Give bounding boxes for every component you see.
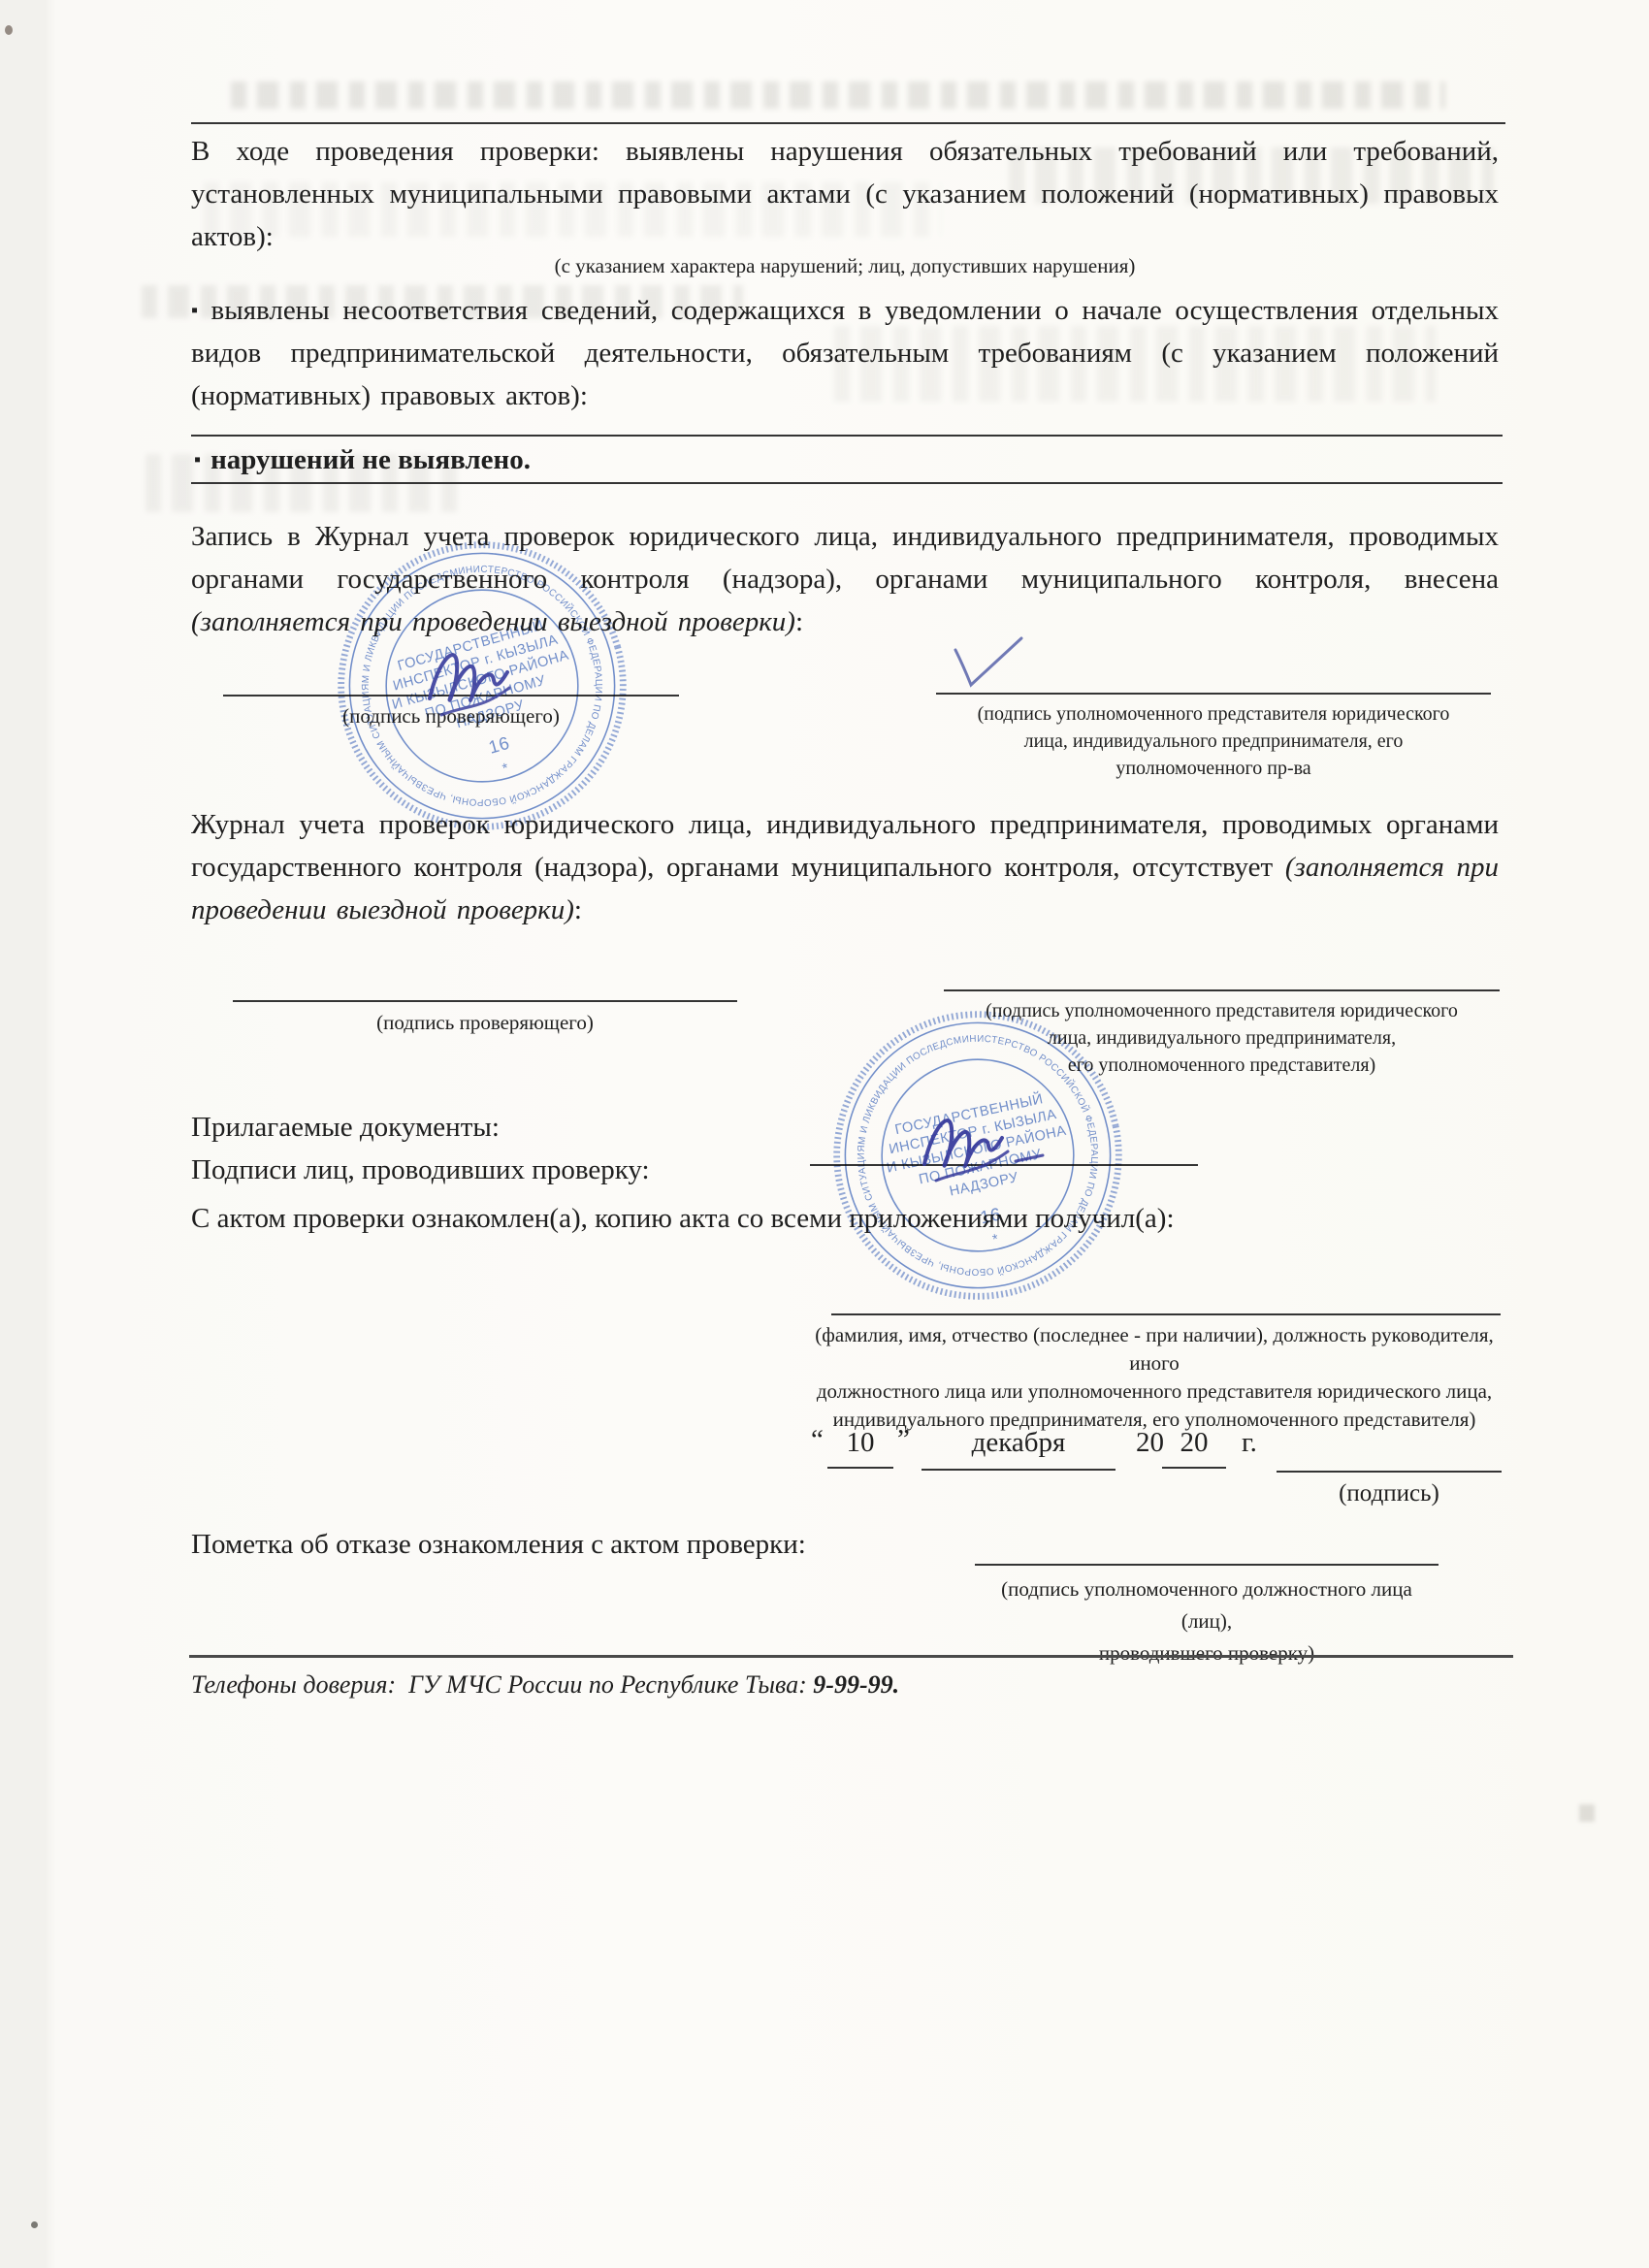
bleedthrough-ghost bbox=[231, 81, 1445, 109]
trust-phones-footer: Телефоны доверия: ГУ МЧС России по Респу… bbox=[191, 1670, 1499, 1700]
caption-line: (подпись уполномоченного представителя ю… bbox=[936, 700, 1491, 728]
representative-signature-line-2 bbox=[944, 989, 1500, 991]
stamp-number: 16 bbox=[486, 732, 511, 758]
signature-flourish bbox=[936, 1151, 1043, 1181]
caption-line: уполномоченного пр-ва bbox=[936, 755, 1491, 782]
square-bullet-icon: ▪ bbox=[191, 300, 202, 321]
scan-speck bbox=[5, 25, 13, 35]
date-year-underline bbox=[1162, 1467, 1226, 1469]
date-day-underline bbox=[827, 1467, 893, 1469]
attached-documents-label: Прилагаемые документы: bbox=[191, 1112, 500, 1144]
date-year-value: 20 bbox=[1162, 1427, 1226, 1459]
date-year-suffix: г. bbox=[1242, 1427, 1257, 1459]
paragraph-discrepancies: ▪выявлены несоответствия сведений, содер… bbox=[191, 289, 1499, 417]
signers-label: Подписи лиц, проводивших проверку: bbox=[191, 1154, 650, 1186]
date-close-quote: ” bbox=[897, 1424, 910, 1456]
handwritten-signature-1 bbox=[412, 626, 558, 732]
stamp-star: * bbox=[991, 1232, 1000, 1248]
representative-signature-caption: (подпись уполномоченного представителя ю… bbox=[936, 700, 1491, 782]
handwritten-checkmark bbox=[946, 632, 1028, 691]
footer-org: ГУ МЧС России по Республике Тыва: bbox=[408, 1670, 807, 1699]
note-violations-nature: (с указанием характера нарушений; лиц, д… bbox=[191, 252, 1499, 280]
square-bullet-icon: ▪ bbox=[194, 449, 201, 470]
stamp-number: 16 bbox=[978, 1203, 1002, 1227]
inspector-signature-caption-2: (подпись проверяющего) bbox=[233, 1009, 737, 1037]
handwritten-signature-2 bbox=[907, 1091, 1062, 1198]
fio-signature-line bbox=[831, 1313, 1501, 1315]
no-violations-statement: ▪нарушений не выявлено. bbox=[194, 444, 1502, 476]
refusal-note-label: Пометка об отказе ознакомления с актом п… bbox=[191, 1529, 806, 1561]
signature-stroke bbox=[430, 655, 507, 700]
date-open-quote: “ bbox=[811, 1424, 824, 1456]
caption-line: должностного лица или уполномоченного пр… bbox=[795, 1377, 1513, 1406]
fio-caption: (фамилия, имя, отчество (последнее - при… bbox=[795, 1321, 1513, 1434]
divider-line bbox=[191, 435, 1503, 437]
footer-divider-line bbox=[189, 1655, 1513, 1658]
date-signature-line bbox=[1277, 1471, 1502, 1473]
scan-smudge bbox=[1579, 1804, 1595, 1822]
checkmark-stroke bbox=[955, 638, 1021, 685]
date-century: 20 bbox=[1136, 1427, 1164, 1459]
divider-line bbox=[191, 482, 1503, 484]
caption-line: (фамилия, имя, отчество (последнее - при… bbox=[795, 1321, 1513, 1377]
signature-stroke bbox=[924, 1120, 1002, 1166]
date-month-underline bbox=[921, 1469, 1115, 1471]
statement-text: нарушений не выявлено. bbox=[210, 444, 531, 475]
paragraph-text: : bbox=[795, 606, 803, 637]
stamp-star: * bbox=[501, 761, 510, 777]
footer-label: Телефоны доверия: bbox=[191, 1670, 396, 1699]
date-month-value: декабря bbox=[921, 1427, 1115, 1459]
date-signature-caption: (подпись) bbox=[1277, 1480, 1502, 1507]
caption-line: лица, индивидуального предпринимателя, е… bbox=[936, 728, 1491, 755]
representative-signature-line bbox=[936, 693, 1491, 695]
caption-line: проводившего проверку) bbox=[975, 1637, 1439, 1669]
scan-speck bbox=[31, 2221, 38, 2228]
refusal-signature-line bbox=[975, 1564, 1439, 1566]
footer-phone-number: 9-99-99. bbox=[813, 1670, 899, 1699]
paragraph-text: В ходе проведения проверки: выявлены нар… bbox=[191, 136, 1499, 252]
date-day-value: 10 bbox=[827, 1427, 893, 1459]
inspector-signature-line-2 bbox=[233, 1000, 737, 1002]
caption-line: (подпись уполномоченного должностного ли… bbox=[975, 1573, 1439, 1637]
paragraph-text: : bbox=[574, 894, 582, 925]
paragraph-text: выявлены несоответствия сведений, содерж… bbox=[191, 295, 1499, 411]
scanned-inspection-act-page: В ходе проведения проверки: выявлены нар… bbox=[0, 0, 1649, 2268]
paragraph-inspection-results: В ходе проведения проверки: выявлены нар… bbox=[191, 130, 1499, 258]
top-divider-line bbox=[191, 122, 1505, 124]
